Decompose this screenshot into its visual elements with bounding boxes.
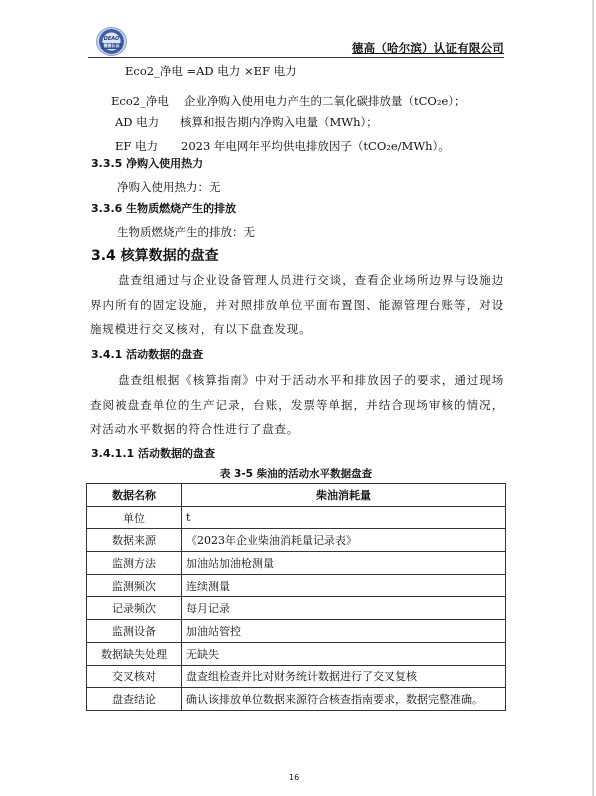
def-desc-ad: 核算和报告期内净购入电量（MWh）；	[180, 114, 378, 130]
def-desc-eco2: 企业净购入使用电力产生的二氧化碳排放量（tCO₂e）；	[184, 93, 466, 109]
row-key: 数据来源	[87, 529, 182, 552]
table-header-row: 数据名称 柴油消耗量	[87, 484, 506, 507]
row-key: 盘查结论	[87, 688, 182, 711]
company-logo: DEAO 德高认证	[96, 27, 127, 56]
row-value: 无缺失	[182, 642, 506, 665]
heading-3-3-6: 3.3.6 生物质燃烧产生的排放	[91, 200, 236, 216]
table-row: 记录频次 每月记录	[87, 597, 506, 620]
heading-3-4-1: 3.4.1 活动数据的盘查	[91, 346, 203, 362]
content-3-3-6: 生物质燃烧产生的排放：无	[117, 224, 255, 240]
def-term-ef: EF 电力	[115, 138, 158, 154]
paragraph-3-4-1: 盘查组根据《核算指南》中对于活动水平和排放因子的要求，通过现场查阅被盘查单位的生…	[90, 368, 504, 442]
row-value: t	[182, 506, 506, 529]
table-row: 数据缺失处理 无缺失	[87, 642, 506, 665]
logo-text-top: DEAO	[101, 36, 122, 42]
table-row: 交叉核对 盘查组检查并比对财务统计数据进行了交叉复核	[87, 665, 506, 688]
row-value: 加油站管控	[182, 620, 506, 643]
formula-line: Eco2_净电 =AD 电力 ×EF 电力	[125, 63, 297, 79]
table-row: 监测频次 连续测量	[87, 574, 506, 597]
table-row: 监测设备 加油站管控	[87, 620, 506, 643]
table-row: 盘查结论 确认该排放单位数据来源符合核查指南要求，数据完整准确。	[87, 688, 506, 711]
row-key: 单位	[87, 506, 182, 529]
header-data-name: 数据名称	[87, 484, 182, 507]
paragraph-3-4: 盘查组通过与企业设备管理人员进行交谈，查看企业场所边界与设施边界内所有的固定设施…	[90, 268, 504, 342]
heading-3-4-1-1: 3.4.1.1 活动数据的盘查	[91, 445, 215, 461]
row-key: 监测设备	[87, 620, 182, 643]
page-edge	[592, 0, 594, 796]
logo-text-bottom: 德高认证	[101, 43, 122, 49]
def-term-eco2: Eco2_净电	[111, 93, 169, 109]
table-caption: 表 3-5 柴油的活动水平数据盘查	[86, 466, 506, 481]
table-row: 单位 t	[87, 506, 506, 529]
row-key: 监测方法	[87, 552, 182, 575]
heading-3-4: 3.4 核算数据的盘查	[91, 245, 219, 265]
page-number: 16	[289, 773, 299, 782]
row-key: 交叉核对	[87, 665, 182, 688]
table-row: 监测方法 加油站加油枪测量	[87, 552, 506, 575]
row-value: 盘查组检查并比对财务统计数据进行了交叉复核	[182, 665, 506, 688]
def-term-ad: AD 电力	[115, 114, 159, 130]
row-value: 连续测量	[182, 574, 506, 597]
row-value: 《2023年企业柴油消耗量记录表》	[182, 529, 506, 552]
content-3-3-5: 净购入使用热力：无	[117, 179, 221, 195]
row-value: 每月记录	[182, 597, 506, 620]
header-divider	[88, 57, 504, 58]
header-diesel-consumption: 柴油消耗量	[182, 484, 506, 507]
activity-data-table: 数据名称 柴油消耗量 单位 t 数据来源 《2023年企业柴油消耗量记录表》 监…	[86, 483, 506, 711]
heading-3-3-5: 3.3.5 净购入使用热力	[91, 155, 203, 171]
row-value: 加油站加油枪测量	[182, 552, 506, 575]
row-key: 数据缺失处理	[87, 642, 182, 665]
company-name: 德高（哈尔滨）认证有限公司	[352, 40, 504, 56]
def-desc-ef: 2023 年电网年平均供电排放因子（tCO₂e/MWh）。	[181, 138, 450, 154]
row-key: 监测频次	[87, 574, 182, 597]
row-key: 记录频次	[87, 597, 182, 620]
row-value: 确认该排放单位数据来源符合核查指南要求，数据完整准确。	[182, 688, 506, 711]
table-row: 数据来源 《2023年企业柴油消耗量记录表》	[87, 529, 506, 552]
